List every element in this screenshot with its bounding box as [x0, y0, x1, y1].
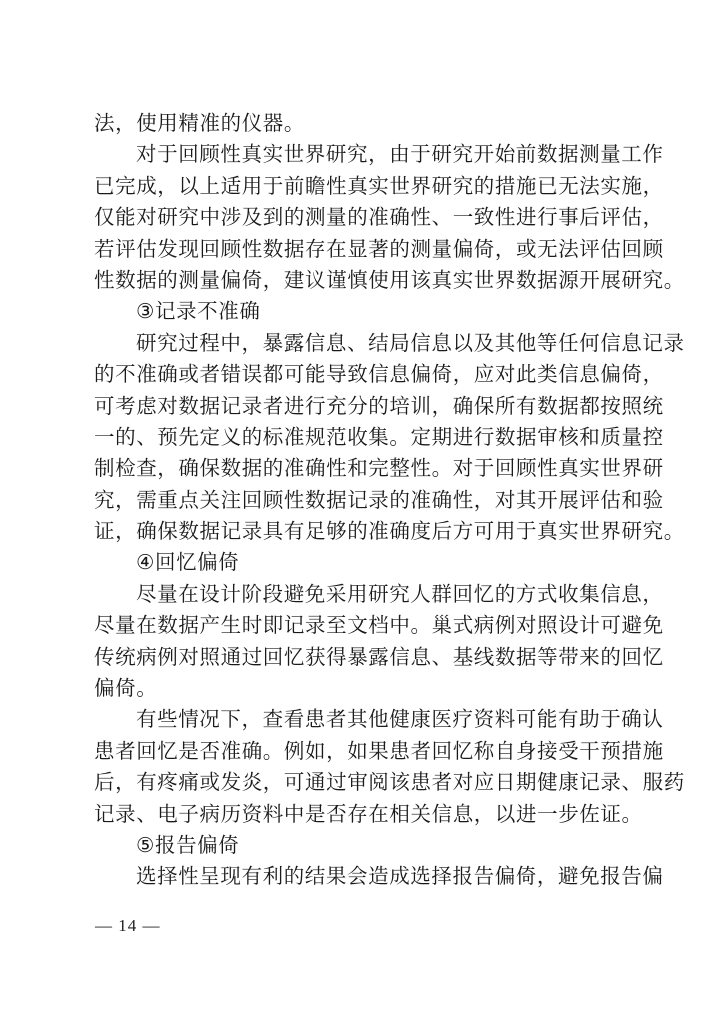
text-line: 若评估发现回顾性数据存在显著的测量偏倚，或无法评估回顾: [94, 234, 628, 265]
text-line: 可考虑对数据记录者进行充分的培训，确保所有数据都按照统: [94, 391, 628, 422]
text-line: 传统病例对照通过回忆获得暴露信息、基线数据等带来的回忆: [94, 642, 628, 673]
paragraph-start: 有些情况下，查看患者其他健康医疗资料可能有助于确认: [94, 704, 628, 735]
text-line: 后，有疼痛或发炎，可通过审阅该患者对应日期健康记录、服药: [94, 767, 628, 798]
section-heading-recall-bias: ④回忆偏倚: [94, 547, 628, 578]
text-line: 记录、电子病历资料中是否存在相关信息，以进一步佐证。: [94, 799, 628, 830]
text-line: 仅能对研究中涉及到的测量的准确性、一致性进行事后评估，: [94, 202, 628, 233]
text-line: 一的、预先定义的标准规范收集。定期进行数据审核和质量控: [94, 422, 628, 453]
paragraph-start: 研究过程中，暴露信息、结局信息以及其他等任何信息记录: [94, 328, 628, 359]
text-line: 究，需重点关注回顾性数据记录的准确性，对其开展评估和验: [94, 485, 628, 516]
page-number: — 14 —: [95, 916, 161, 936]
text-line: 法，使用精准的仪器。: [94, 108, 628, 139]
paragraph-start: 对于回顾性真实世界研究，由于研究开始前数据测量工作: [94, 139, 628, 170]
text-line: 已完成，以上适用于前瞻性真实世界研究的措施已无法实施，: [94, 171, 628, 202]
text-line: 尽量在数据产生时即记录至文档中。巢式病例对照设计可避免: [94, 610, 628, 641]
text-line: 偏倚。: [94, 673, 628, 704]
paragraph-start: 尽量在设计阶段避免采用研究人群回忆的方式收集信息，: [94, 579, 628, 610]
text-line: 患者回忆是否准确。例如，如果患者回忆称自身接受干预措施: [94, 736, 628, 767]
text-line: 制检查，确保数据的准确性和完整性。对于回顾性真实世界研: [94, 453, 628, 484]
paragraph-start: 选择性呈现有利的结果会造成选择报告偏倚，避免报告偏: [94, 861, 628, 892]
section-heading-reporting-bias: ⑤报告偏倚: [94, 830, 628, 861]
text-line: 的不准确或者错误都可能导致信息偏倚，应对此类信息偏倚，: [94, 359, 628, 390]
section-heading-record-inaccuracy: ③记录不准确: [94, 296, 628, 327]
text-line: 证，确保数据记录具有足够的准确度后方可用于真实世界研究。: [94, 516, 628, 547]
document-page: 法，使用精准的仪器。 对于回顾性真实世界研究，由于研究开始前数据测量工作 已完成…: [94, 108, 628, 893]
text-line: 性数据的测量偏倚，建议谨慎使用该真实世界数据源开展研究。: [94, 265, 628, 296]
